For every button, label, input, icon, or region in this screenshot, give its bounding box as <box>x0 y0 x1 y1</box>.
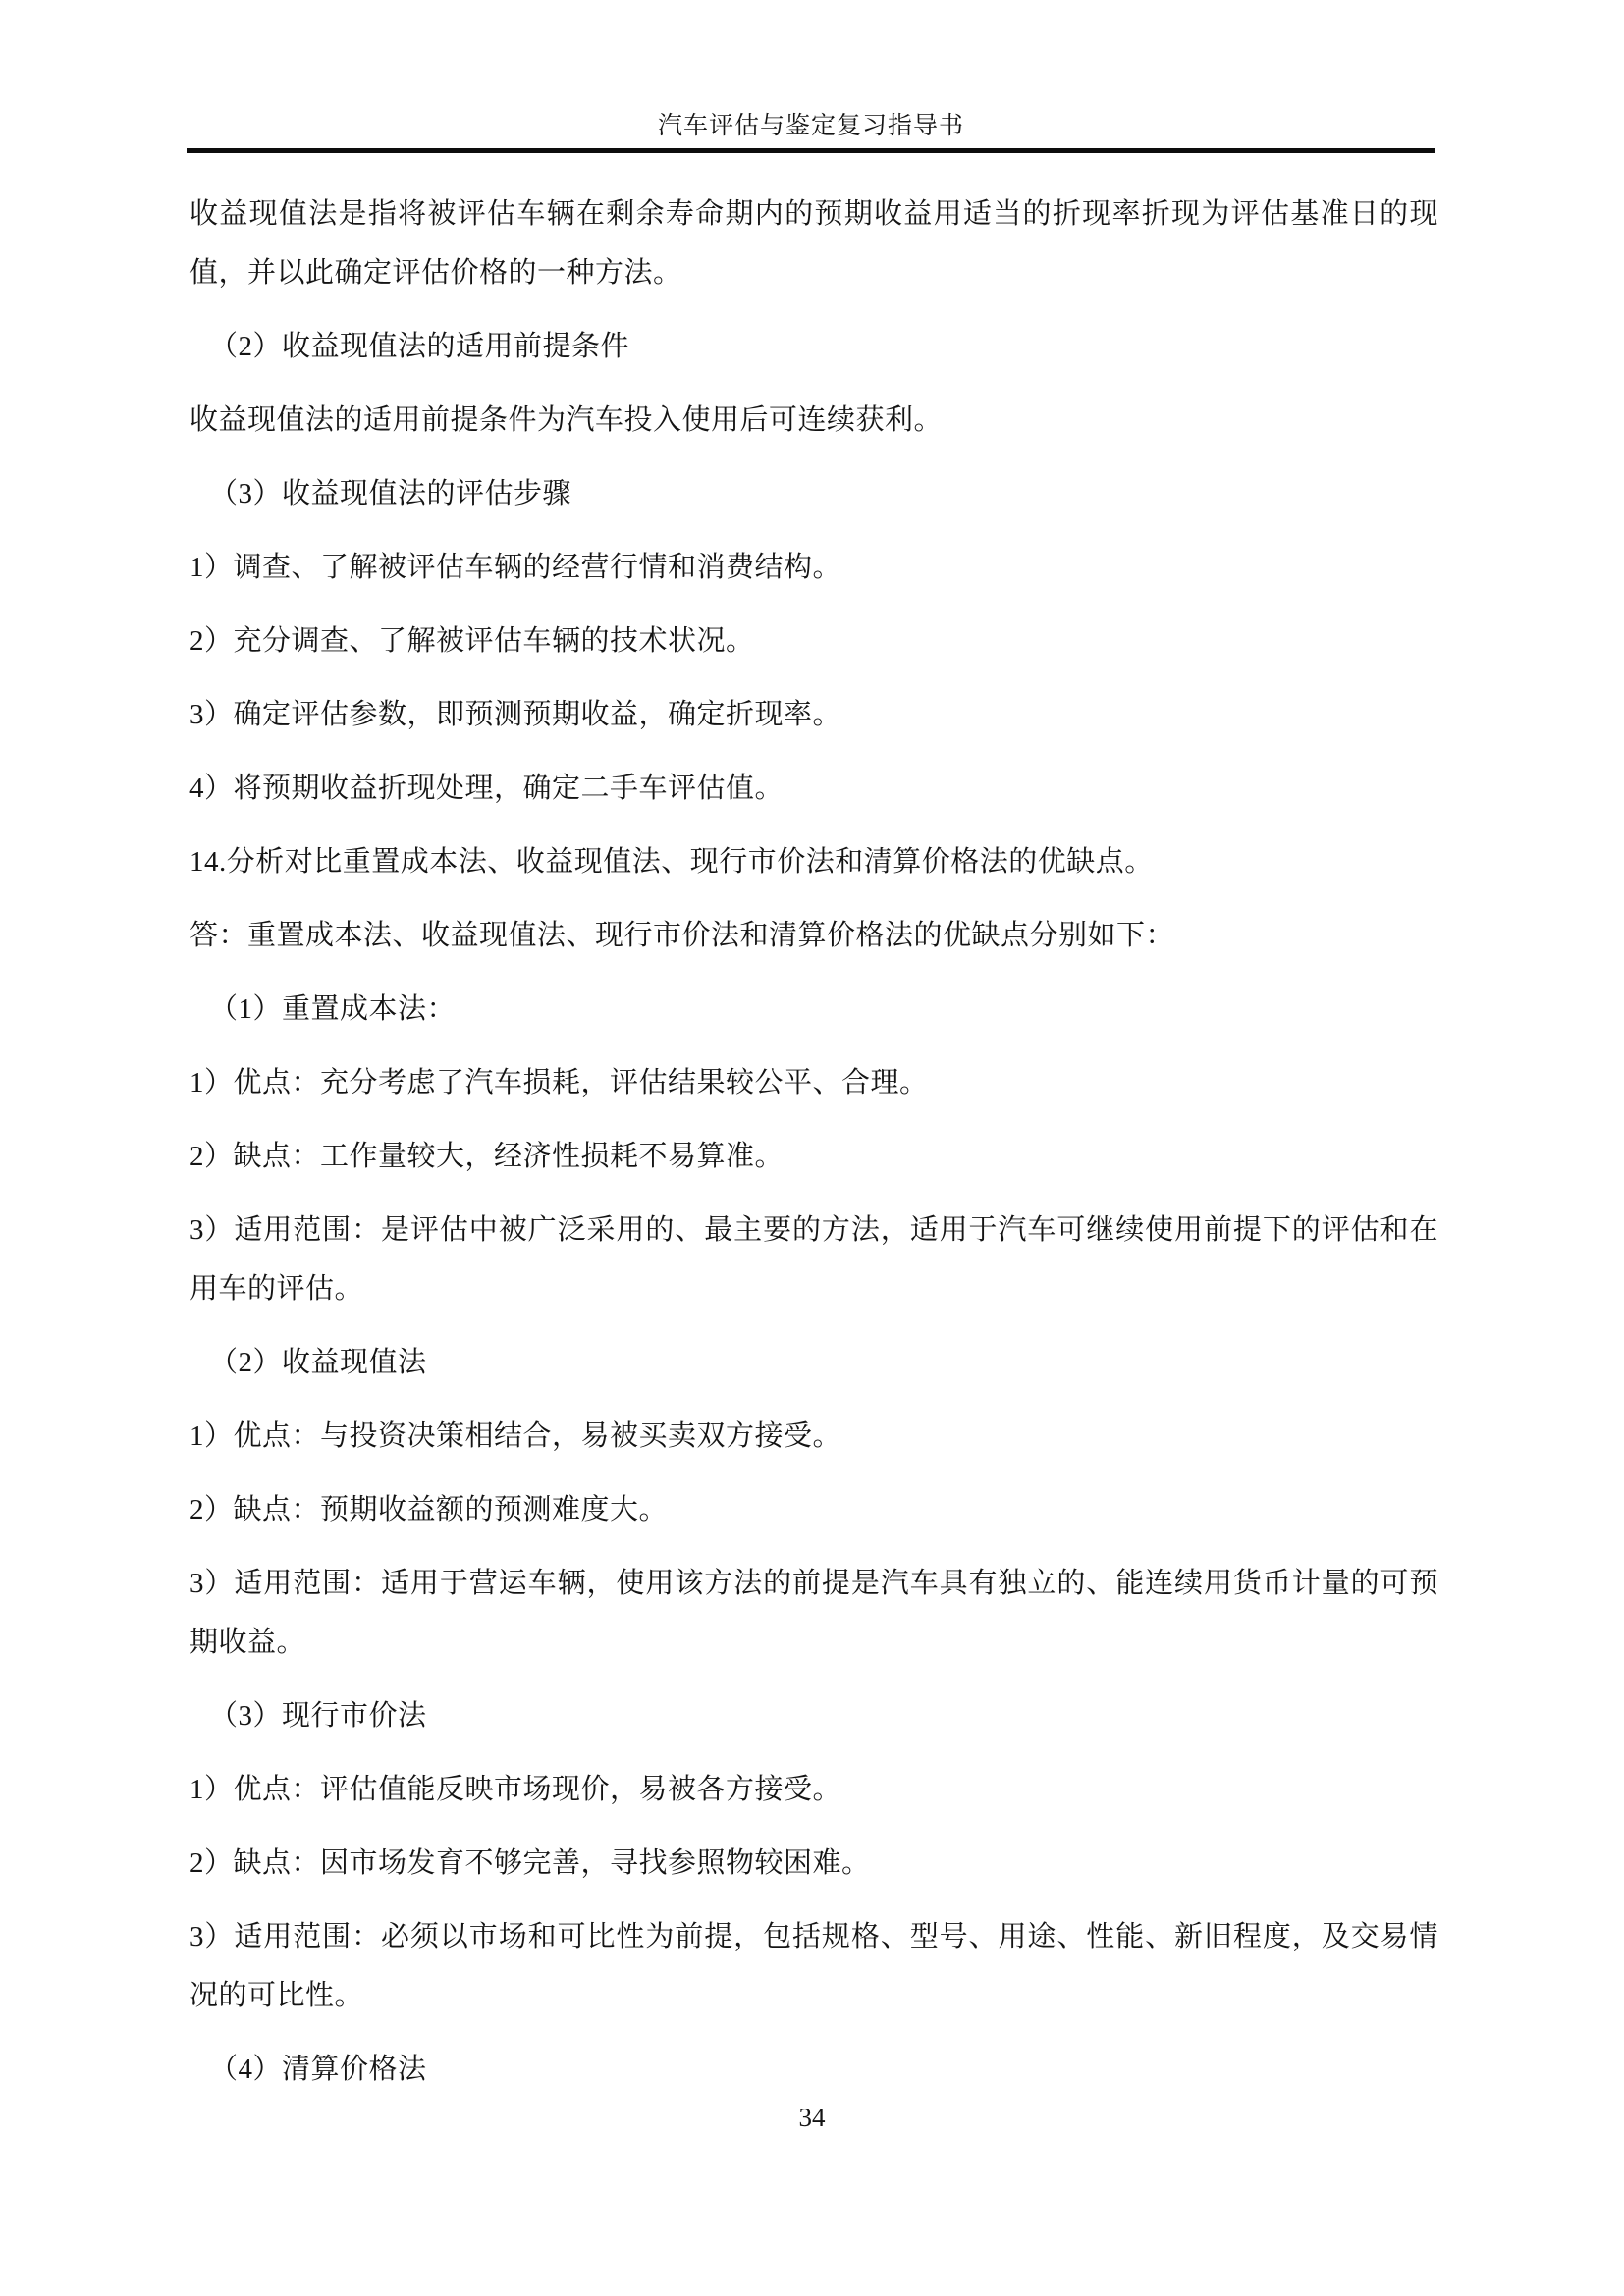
header-title: 汽车评估与鉴定复习指导书 <box>658 113 964 139</box>
paragraph: （3）收益现值法的评估步骤 <box>189 464 1438 523</box>
paragraph: （4）清算价格法 <box>189 2040 1438 2099</box>
paragraph: 14.分析对比重置成本法、收益现值法、现行市价法和清算价格法的优缺点。 <box>189 832 1438 891</box>
page-footer: 34 <box>0 2103 1624 2133</box>
page-header: 汽车评估与鉴定复习指导书 <box>187 110 1435 153</box>
paragraph: 3）适用范围：是评估中被广泛采用的、最主要的方法，适用于汽车可继续使用前提下的评… <box>189 1201 1438 1318</box>
paragraph: 2）充分调查、了解被评估车辆的技术状况。 <box>189 612 1438 670</box>
paragraph: 2）缺点：因市场发育不够完善，寻找参照物较困难。 <box>189 1834 1438 1893</box>
paragraph: 1）优点：充分考虑了汽车损耗，评估结果较公平、合理。 <box>189 1053 1438 1112</box>
paragraph: （3）现行市价法 <box>189 1686 1438 1745</box>
paragraph: 4）将预期收益折现处理，确定二手车评估值。 <box>189 759 1438 818</box>
paragraph: 1）优点：与投资决策相结合，易被买卖双方接受。 <box>189 1407 1438 1466</box>
paragraph: （1）重置成本法： <box>189 980 1438 1039</box>
paragraph: 2）缺点：预期收益额的预测难度大。 <box>189 1480 1438 1539</box>
paragraph: 1）优点：评估值能反映市场现价，易被各方接受。 <box>189 1760 1438 1819</box>
page-number: 34 <box>799 2103 826 2132</box>
document-body: 收益现值法是指将被评估车辆在剩余寿命期内的预期收益用适当的折现率折现为评估基准日… <box>189 185 1438 2113</box>
paragraph: 答：重置成本法、收益现值法、现行市价法和清算价格法的优缺点分别如下： <box>189 906 1438 965</box>
document-page: 汽车评估与鉴定复习指导书 收益现值法是指将被评估车辆在剩余寿命期内的预期收益用适… <box>0 0 1624 2296</box>
paragraph: 3）确定评估参数，即预测预期收益，确定折现率。 <box>189 685 1438 744</box>
paragraph: 1）调查、了解被评估车辆的经营行情和消费结构。 <box>189 538 1438 597</box>
paragraph: 收益现值法是指将被评估车辆在剩余寿命期内的预期收益用适当的折现率折现为评估基准日… <box>189 185 1438 302</box>
paragraph: 3）适用范围：适用于营运车辆，使用该方法的前提是汽车具有独立的、能连续用货币计量… <box>189 1554 1438 1672</box>
paragraph: 3）适用范围：必须以市场和可比性为前提，包括规格、型号、用途、性能、新旧程度，及… <box>189 1907 1438 2025</box>
paragraph: 2）缺点：工作量较大，经济性损耗不易算准。 <box>189 1127 1438 1186</box>
paragraph: 收益现值法的适用前提条件为汽车投入使用后可连续获利。 <box>189 391 1438 450</box>
paragraph: （2）收益现值法 <box>189 1333 1438 1392</box>
paragraph: （2）收益现值法的适用前提条件 <box>189 317 1438 376</box>
